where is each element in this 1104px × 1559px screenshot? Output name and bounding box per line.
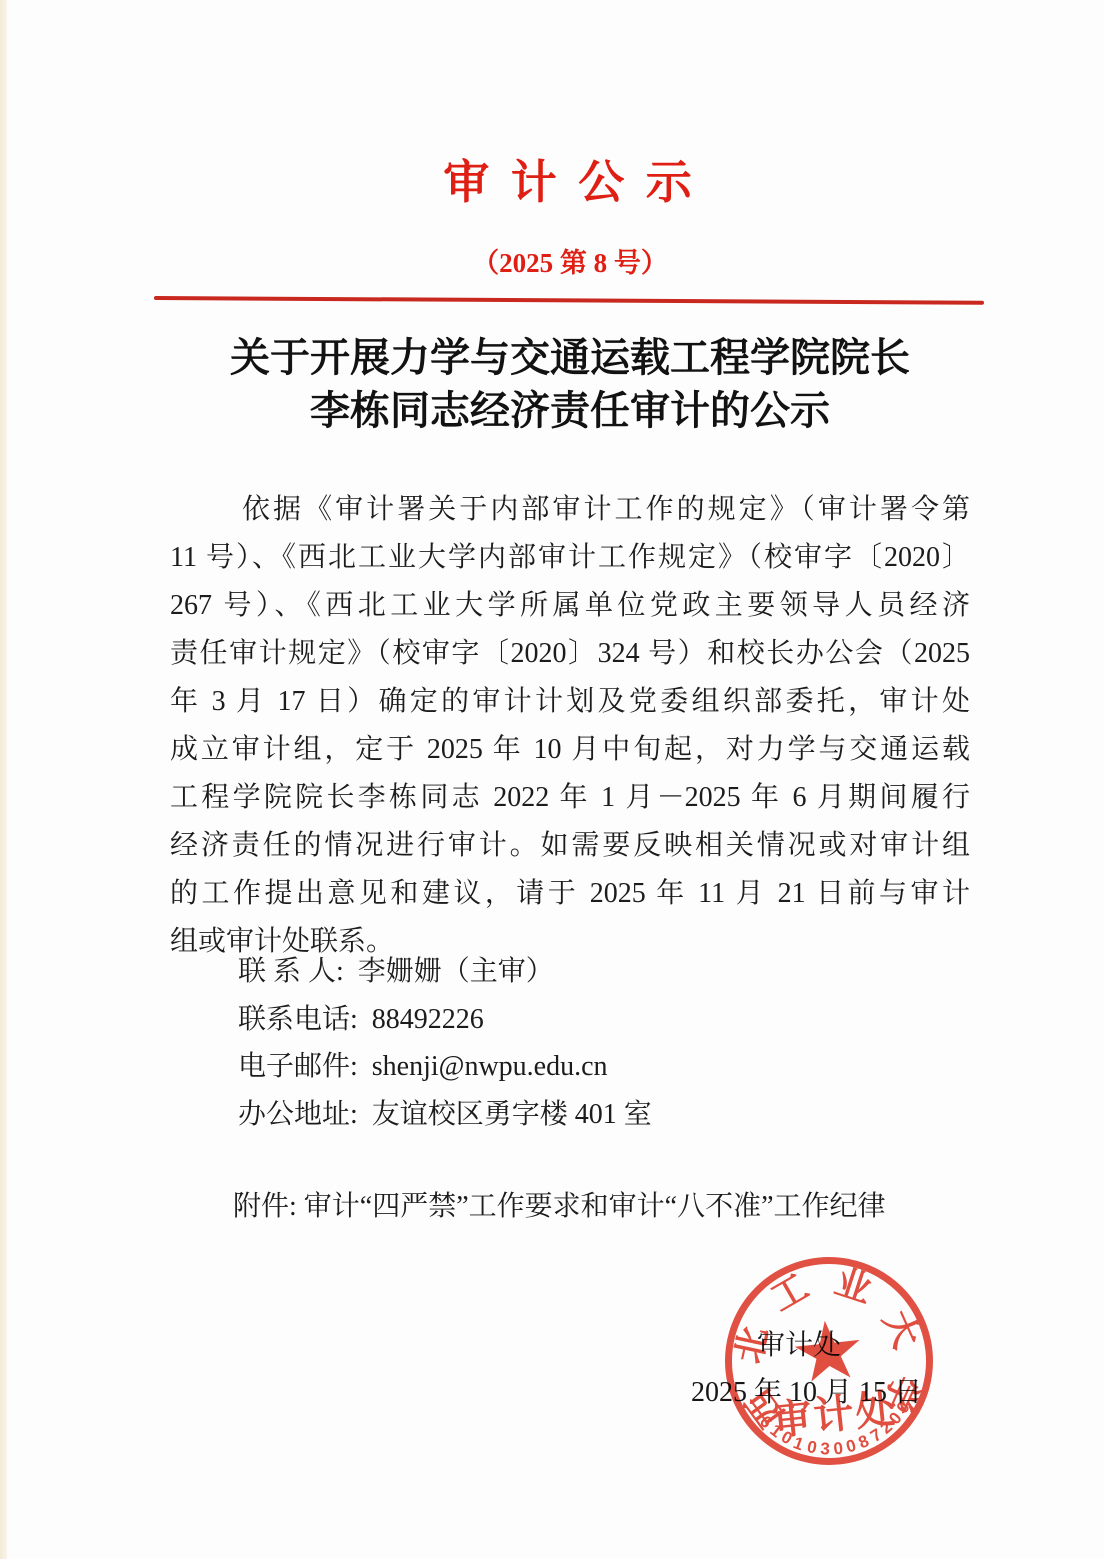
notice-body: 依据《审计署关于内部审计工作的规定》（审计署令第 11 号）、《西北工业大学内部… xyxy=(170,486,970,966)
contact-phone-row: 联系电话:88492226 xyxy=(238,996,652,1044)
seal-code-arc: 6101030087200 xyxy=(697,1229,936,1254)
attachment-line: 附件: 审计“四严禁”工作要求和审计“八不准”工作纪律 xyxy=(233,1186,886,1228)
contact-person-value: 李姗姗（主审） xyxy=(358,956,554,987)
body-line: 经济责任的情况进行审计。如需要反映相关情况或对审计组 xyxy=(170,822,970,870)
body-line: 工程学院院长李栋同志 2022 年 1 月－2025 年 6 月期间履行 xyxy=(170,774,970,822)
contact-person-row: 联 系 人:李姗姗（主审） xyxy=(238,948,652,996)
seal-university-char: 北 xyxy=(730,1323,773,1366)
contact-email-row: 电子邮件:shenji@nwpu.edu.cn xyxy=(238,1043,652,1091)
notice-heading: 关于开展力学与交通运载工程学院院长 李栋同志经济责任审计的公示 xyxy=(170,331,970,437)
body-line: 成立审计组，定于 2025 年 10 月中旬起，对力学与交通运载 xyxy=(170,726,970,774)
contact-person-label: 联 系 人: xyxy=(238,956,344,987)
red-divider-rule xyxy=(154,296,984,305)
contact-email-value: shenji@nwpu.edu.cn xyxy=(372,1051,608,1082)
contact-phone-value: 88492226 xyxy=(372,1004,484,1035)
contact-info: 联 系 人:李姗姗（主审） 联系电话:88492226 电子邮件:shenji@… xyxy=(238,948,652,1138)
contact-email-label: 电子邮件: xyxy=(238,1051,358,1082)
notice-heading-line2: 李栋同志经济责任审计的公示 xyxy=(170,384,970,437)
document-page: 审 计 公 示 （2025 第 8 号） 关于开展力学与交通运载工程学院院长 李… xyxy=(0,0,1104,1559)
body-line: 年 3 月 17 日）确定的审计计划及党委组织部委托，审计处 xyxy=(170,678,970,726)
document-title: 审 计 公 示 xyxy=(170,158,970,209)
body-line: 责任审计规定》（校审字〔2020〕324 号）和校长办公会（2025 xyxy=(170,630,970,678)
contact-phone-label: 联系电话: xyxy=(238,1004,358,1035)
notice-heading-line1: 关于开展力学与交通运载工程学院院长 xyxy=(170,331,970,384)
official-seal: 西北工业大学 审计处 6101030087200 xyxy=(697,1229,961,1493)
body-line: 依据《审计署关于内部审计工作的规定》（审计署令第 xyxy=(170,486,970,534)
body-line: 11 号）、《西北工业大学内部审计工作规定》（校审字〔2020〕 xyxy=(170,534,970,582)
scan-edge-strip xyxy=(0,0,7,1559)
contact-address-label: 办公地址: xyxy=(238,1099,358,1130)
contact-address-value: 友谊校区勇字楼 401 室 xyxy=(372,1099,652,1130)
seal-code-char: 0 xyxy=(833,1440,844,1458)
document-issue-number: （2025 第 8 号） xyxy=(170,241,970,280)
seal-university-arc: 西北工业大学 xyxy=(697,1229,936,1254)
body-line: 的工作提出意见和建议，请于 2025 年 11 月 21 日前与审计 xyxy=(170,870,970,918)
contact-address-row: 办公地址:友谊校区勇字楼 401 室 xyxy=(238,1091,652,1139)
body-line: 267 号）、《西北工业大学所属单位党政主要领导人员经济 xyxy=(170,582,970,630)
seal-code-char: 3 xyxy=(820,1440,830,1457)
